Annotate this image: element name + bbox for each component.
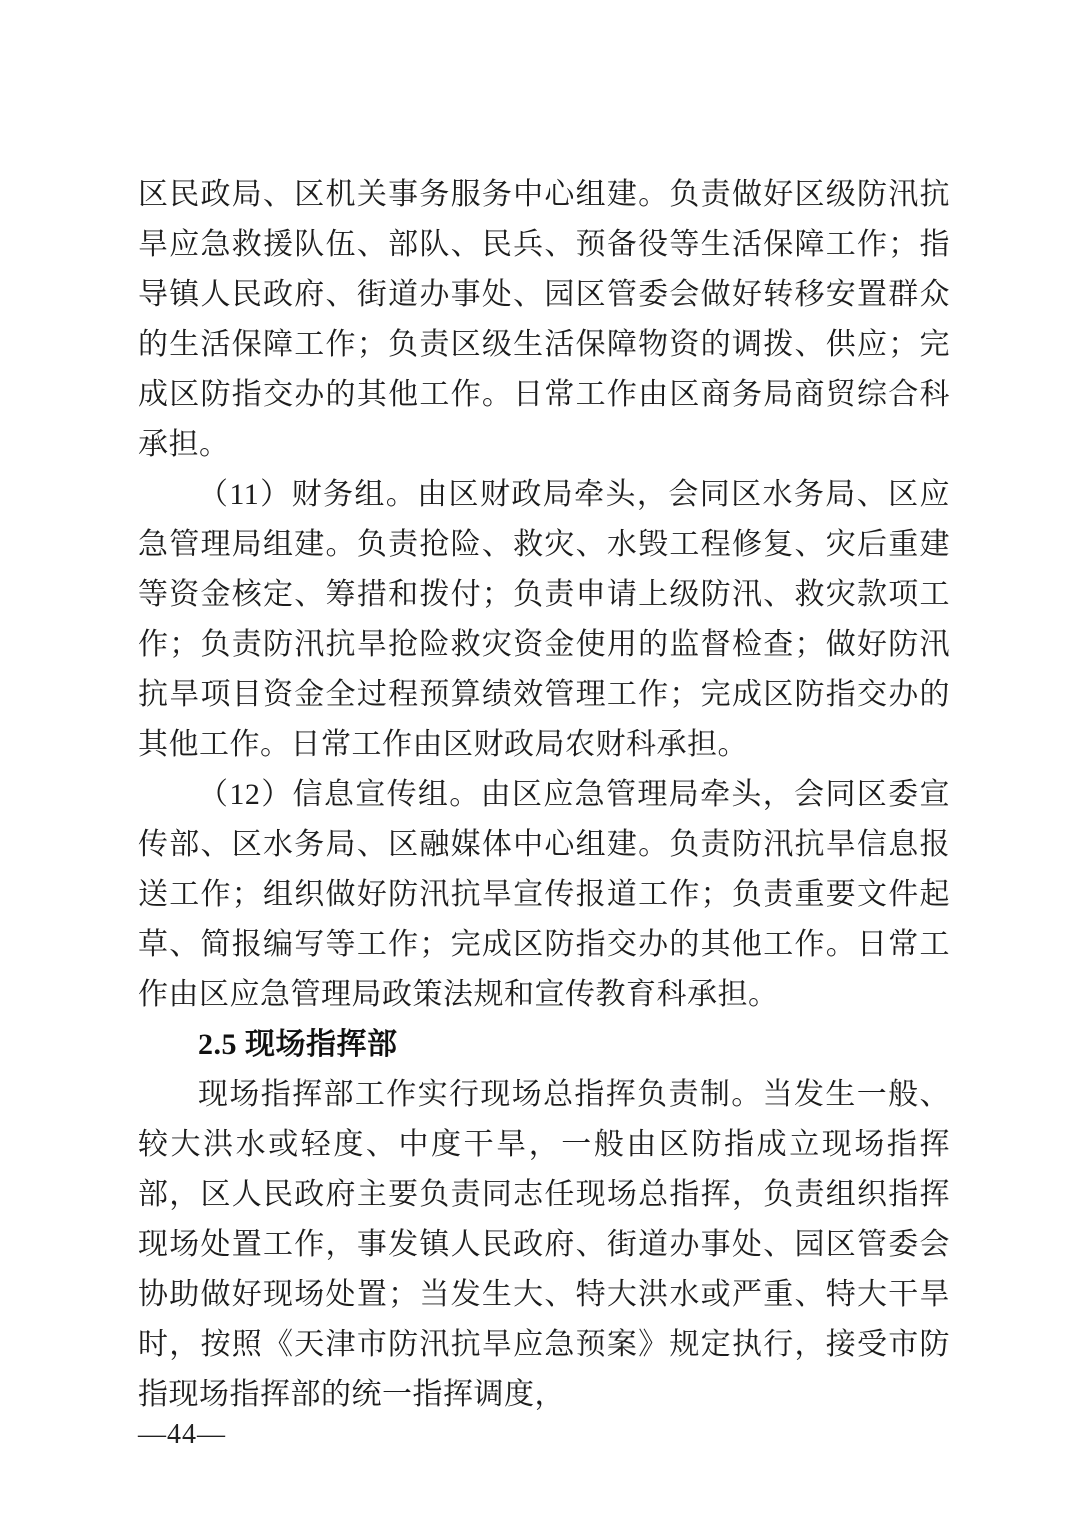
- paragraph-info-publicity-group: （12）信息宣传组。由区应急管理局牵头，会同区委宣传部、区水务局、区融媒体中心组…: [138, 770, 950, 1020]
- document-page: 区民政局、区机关事务服务中心组建。负责做好区级防汛抗旱应急救援队伍、部队、民兵、…: [0, 0, 1074, 1520]
- paragraph-onsite-command: 现场指挥部工作实行现场总指挥负责制。当发生一般、较大洪水或轻度、中度干旱，一般由…: [138, 1070, 950, 1420]
- document-body: 区民政局、区机关事务服务中心组建。负责做好区级防汛抗旱应急救援队伍、部队、民兵、…: [138, 170, 950, 1420]
- paragraph-continuation: 区民政局、区机关事务服务中心组建。负责做好区级防汛抗旱应急救援队伍、部队、民兵、…: [138, 170, 950, 470]
- section-heading-onsite-command: 2.5 现场指挥部: [138, 1020, 950, 1070]
- page-number: —44—: [138, 1418, 226, 1452]
- paragraph-finance-group: （11）财务组。由区财政局牵头，会同区水务局、区应急管理局组建。负责抢险、救灾、…: [138, 470, 950, 770]
